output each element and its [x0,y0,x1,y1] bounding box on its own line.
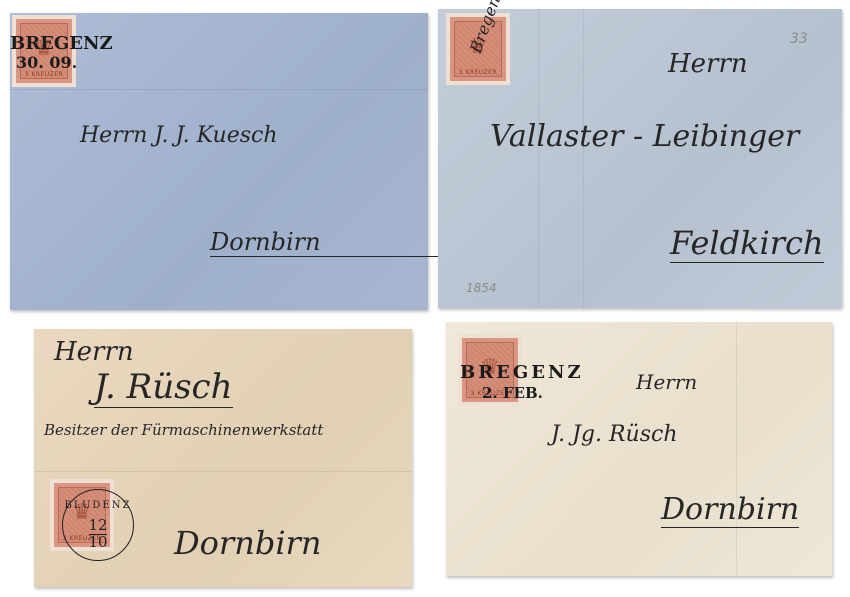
postmark-month: 10 [63,535,133,550]
postmark-town: BREGENZ [460,362,584,383]
stamp-value: 3 KREUZER [16,71,72,78]
cover-bottom-left: Herrn J. Rüsch Besitzer der Fürmaschinen… [34,329,412,587]
stamp-value: 3 KREUZER [450,69,506,76]
address-line: J. Jg. Rüsch [551,422,678,447]
address-line: J. Rüsch [94,367,233,408]
address-line: Vallaster - Leibinger [490,119,799,154]
fold-line [10,89,428,90]
circular-postmark: BLUDENZ 12 10 [62,489,134,561]
address-line: Feldkirch [670,224,824,263]
cover-bottom-right: ♛ 3 KREUZER BREGENZ 2. FEB. Herrn J. Jg.… [446,322,832,576]
postmark-date: 30. 09. [16,53,77,72]
cover-top-left: ♛ 3 KREUZER BREGENZ 30. 09. Herrn J. J. … [10,13,428,310]
postmark-town: BREGENZ [10,33,113,54]
address-line: Herrn [54,337,134,367]
postmark-town: BLUDENZ [63,500,133,511]
address-line: Herrn J. J. Kuesch [80,123,278,148]
address-line: Dornbirn [661,492,799,528]
cover-top-right: ♛ 3 KREUZER Bregenz 10. 1. 33 1854 Herrn… [438,9,842,308]
pencil-note: 1854 [466,281,497,295]
address-line: Herrn [636,370,697,394]
pencil-note: 33 [790,31,808,47]
address-line: Dornbirn [210,228,441,257]
address-line: Besitzer der Fürmaschinenwerkstatt [44,421,323,439]
postmark-date: 2. FEB. [482,384,543,402]
address-line: Dornbirn [174,524,321,562]
address-line: Herrn [668,49,748,79]
postmark-day: 12 [63,518,133,533]
